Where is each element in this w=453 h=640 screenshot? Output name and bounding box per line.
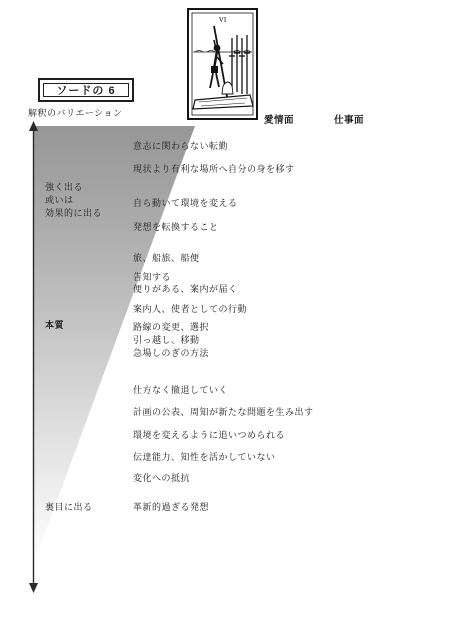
tarot-interpretation-page: { "title_box": { "label": "ソードの 6" }, "s… <box>0 0 453 640</box>
card-title-label: ソードの 6 <box>56 82 115 98</box>
axis-label-strong-line3: 効果的に出る <box>45 206 102 219</box>
interpretation-item: 引っ越し、移動 <box>133 333 200 346</box>
interpretation-item: 現状より有利な場所へ自分の身を移す <box>133 162 295 175</box>
axis-label-essence: 本質 <box>45 318 64 331</box>
intensity-axis-arrow <box>27 120 40 594</box>
interpretation-item: 環境を変えるように追いつめられる <box>133 428 285 441</box>
interpretation-item: 旅、船旅、船便 <box>133 251 200 264</box>
column-header-work: 仕事面 <box>334 112 364 126</box>
axis-label-backfire: 裏目に出る <box>45 500 93 513</box>
interpretation-item: 発想を転換すること <box>133 220 219 233</box>
six-of-swords-illustration: VI <box>187 8 258 120</box>
tarot-card-image: VI <box>187 8 258 120</box>
double-arrow-icon <box>27 120 40 594</box>
interpretation-item: 便りがある、案内が届く <box>133 282 238 295</box>
interpretation-item: 計画の公表、周知が新たな問題を生み出す <box>133 405 314 418</box>
card-title-box: ソードの 6 <box>38 78 134 102</box>
axis-label-strong-line2: 或いは <box>45 193 74 206</box>
interpretation-item: 意志に関わらない転勤 <box>133 139 228 152</box>
interpretation-item: 革新的過ぎる発想 <box>133 500 209 513</box>
interpretation-item: 案内人、使者としての行動 <box>133 302 247 315</box>
interpretation-item: 急場しのぎの方法 <box>133 346 209 359</box>
interpretation-item: 仕方なく撤退していく <box>133 383 228 396</box>
card-numeral: VI <box>219 16 227 24</box>
column-header-love: 愛情面 <box>264 112 294 126</box>
interpretation-item: 自ら動いて環境を変える <box>133 196 238 209</box>
interpretation-item: 路線の変更、選択 <box>133 320 209 333</box>
interpretation-item: 変化への抵抗 <box>133 471 190 484</box>
subtitle: 解釈のバリエーション <box>28 106 122 119</box>
interpretation-item: 伝達能力、知性を活かしていない <box>133 450 276 463</box>
axis-label-strong-line1: 強く出る <box>45 180 83 193</box>
